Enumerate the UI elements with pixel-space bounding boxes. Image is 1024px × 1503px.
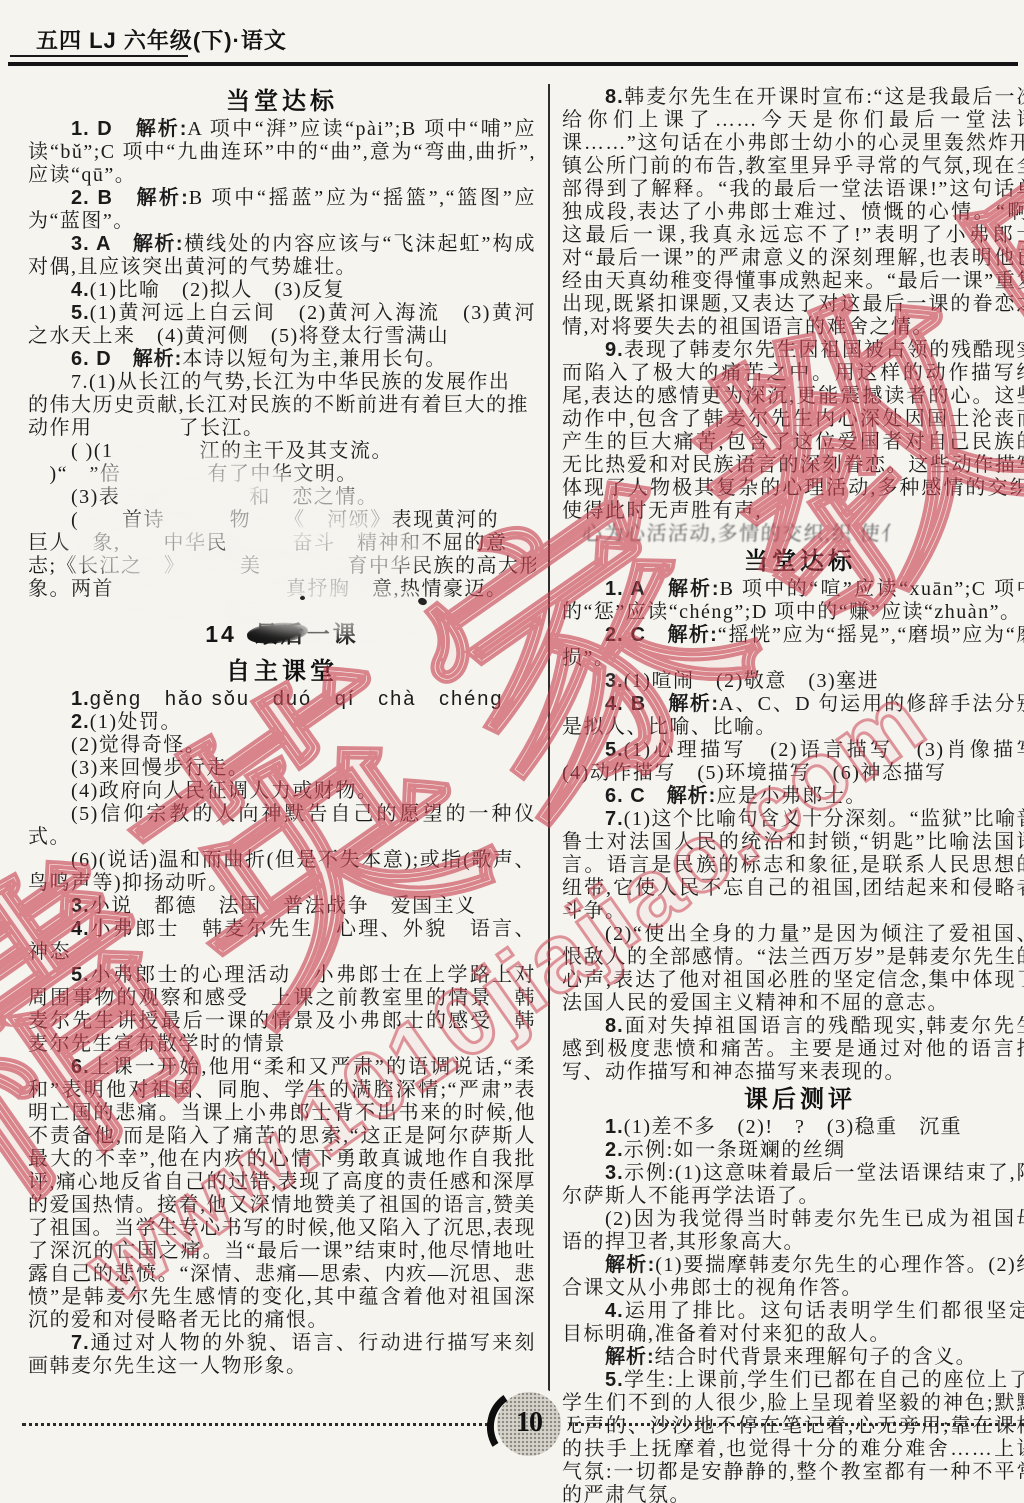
answer-lead: 1. A 解析: xyxy=(605,578,720,600)
textbook-page: 五四 LJ 六年级(下)·语文 当堂达标1. D 解析:A 项中“湃”应读“pà… xyxy=(0,0,1024,1503)
title-underline xyxy=(10,55,188,57)
answer-paragraph: 1.(1)差不多 (2)! ? (3)稳重 沉重 xyxy=(562,1116,1024,1139)
answer-paragraph: 6.上课一开始,他用“柔和又严肃”的语调说话,“柔和”表明他对祖国、同胞、学生的… xyxy=(28,1056,536,1332)
answer-paragraph: (2)觉得奇怪。 xyxy=(28,734,536,757)
answer-text: (3)来回慢步行走。 xyxy=(71,757,249,779)
answer-lead: 7. xyxy=(71,1332,90,1354)
chapter-title-smudged-text: 最后 xyxy=(255,623,307,646)
answer-paragraph: 5.(1)黄河远上白云间 (2)黄河入海流 (3)黄河之水天上来 (4)黄河侧 … xyxy=(28,302,536,348)
answer-paragraph: 2.(1)处罚。 xyxy=(28,711,536,734)
answer-paragraph: 6. C 解析:应是小弗郎士。 xyxy=(562,785,1024,808)
answer-lead: 6. xyxy=(71,1056,90,1078)
smudged-text-line: 志;《长江之 》 美 育中华民族的高大形 xyxy=(28,555,536,578)
answer-text: 小弗郎士 韩麦尔先生 心理、外貌 语言、神态 xyxy=(28,918,536,963)
answer-paragraph: (3)来回慢步行走。 xyxy=(28,757,536,780)
answer-text: 韩麦尔先生在开课时宣布:“这是我最后一次给你们上课了……今天是你们最后一堂法语课… xyxy=(562,86,1024,338)
answer-text: (6)(说话)温和而曲折(但是不失本意);或指(歌声、鸟鸣声等)抑扬动听。 xyxy=(28,849,536,894)
section-heading: 课后测评 xyxy=(562,1088,1024,1111)
smudged-text-line: ( 首诗 物 《 河颂》表现黄河的 xyxy=(28,509,536,532)
answer-lead: 7. xyxy=(605,808,624,830)
answer-lead: 2. B 解析: xyxy=(71,187,189,209)
answer-lead: 6. C 解析: xyxy=(605,785,716,807)
answer-lead: 5. xyxy=(71,964,90,986)
answer-paragraph: 解析:结合时代背景来理解句子的含义。 xyxy=(562,1346,1024,1369)
answer-text: 示例:(1)这意味着最后一堂法语课结束了,阿尔萨斯人不能再学法语了。 xyxy=(562,1162,1024,1207)
answer-paragraph: 解析:(1)要揣摩韩麦尔先生的心理作答。(2)结合课文从小弗郎士的视角作答。 xyxy=(562,1254,1024,1300)
smudged-text-line: 动作用 了长江。 xyxy=(28,417,536,440)
answer-paragraph: 8.韩麦尔先生在开课时宣布:“这是我最后一次给你们上课了……今天是你们最后一堂法… xyxy=(562,86,1024,339)
answer-lead: 5. xyxy=(605,1369,624,1391)
answer-paragraph: 3. A 解析:横线处的内容应该与“飞沫起虹”构成对偶,且应该突出黄河的气势雄壮… xyxy=(28,233,536,279)
answer-text: 通过对人物的外貌、语言、行动进行描写来刻画韩麦尔先生这一人物形象。 xyxy=(28,1332,536,1377)
header-rule xyxy=(8,62,1018,66)
answer-text: (4)政府向人民征调人力或财物。 xyxy=(71,780,378,802)
answer-text: (2)“使出全身的力量”是因为倾注了爱祖国、恨敌人的全部感情。“法兰西万岁”是韩… xyxy=(562,923,1024,1014)
answer-paragraph: 8.面对失掉祖国语言的残酷现实,韩麦尔先生感到极度悲愤和痛苦。主要是通过对他的语… xyxy=(562,1015,1024,1084)
answer-lead: 解析: xyxy=(605,1346,655,1368)
answer-paragraph: 9.表现了韩麦尔先生因祖国被占领的残酷现实而陷入了极大的痛苦之中。用这样的动作描… xyxy=(562,339,1024,523)
answer-paragraph: (2)“使出全身的力量”是因为倾注了爱祖国、恨敌人的全部感情。“法兰西万岁”是韩… xyxy=(562,923,1024,1015)
smudged-text-block: 7.(1)从长江的气势,长江为中华民族的发展作出的伟大历史贡献,长江对民族的不断… xyxy=(28,371,536,601)
answer-text: 上课一开始,他用“柔和又严肃”的语调说话,“柔和”表明他对祖国、同胞、学生的满腔… xyxy=(28,1056,536,1331)
smudged-text-line: 7.(1)从长江的气势,长江为中华民族的发展作出 xyxy=(28,371,536,394)
answer-paragraph: 5.小弗郎士的心理活动 小弗郎士在上学路上对周围事物的观察和感受 上课之前教室里… xyxy=(28,964,536,1056)
answer-paragraph: 3.小说 都德 法国 普法战争 爱国主义 xyxy=(28,895,536,918)
answer-paragraph: 6. D 解析:本诗以短句为主,兼用长句。 xyxy=(28,348,536,371)
right-column: 8.韩麦尔先生在开课时宣布:“这是我最后一次给你们上课了……今天是你们最后一堂法… xyxy=(562,86,1024,1503)
answer-paragraph: 3.示例:(1)这意味着最后一堂法语课结束了,阿尔萨斯人不能再学法语了。 xyxy=(562,1162,1024,1208)
answer-lead: 6. D 解析: xyxy=(71,348,182,370)
page-number-badge: 10 xyxy=(497,1392,561,1456)
book-title: 五四 LJ 六年级(下)·语文 xyxy=(36,24,287,55)
answer-paragraph: 4.(1)比喻 (2)拟人 (3)反复 xyxy=(28,279,536,302)
answer-lead: 解析: xyxy=(605,1254,655,1276)
answer-lead: 5. xyxy=(605,739,624,761)
answer-lead: 8. xyxy=(605,1015,624,1037)
ghost-print-line: 心为心活活动,多情的交织,织 使亻 xyxy=(561,523,1024,546)
answer-text: 小弗郎士的心理活动 小弗郎士在上学路上对周围事物的观察和感受 上课之前教室里的情… xyxy=(28,964,536,1055)
answer-text: 面对失掉祖国语言的残酷现实,韩麦尔先生感到极度悲愤和痛苦。主要是通过对他的语言描… xyxy=(562,1015,1024,1083)
chapter-title: 14最后一课 xyxy=(28,623,536,646)
answer-text: (1)黄河远上白云间 (2)黄河入海流 (3)黄河之水天上来 (4)黄河侧 (5… xyxy=(28,302,536,347)
answer-lead: 4. xyxy=(71,279,90,301)
section-heading: 当堂达标 xyxy=(28,90,536,113)
answer-paragraph: 4. B 解析:A、C、D 句运用的修辞手法分别是拟人、比喻、比喻。 xyxy=(562,693,1024,739)
ink-speck xyxy=(300,596,305,600)
answer-text: 应是小弗郎士。 xyxy=(716,785,867,807)
answer-paragraph: 7.通过对人物的外貌、语言、行动进行描写来刻画韩麦尔先生这一人物形象。 xyxy=(28,1332,536,1378)
answer-lead: 3. xyxy=(71,895,90,917)
answer-paragraph: 5.学生:上课前,学生们已都在自己的座位上了;学生们不到的人很少,脸上呈现着坚毅… xyxy=(562,1369,1024,1503)
answer-paragraph: 1. A 解析:B 项中的“喧”应读“xuān”;C 项中的“惩”应读“chén… xyxy=(562,578,1024,624)
answer-paragraph: 1. D 解析:A 项中“湃”应读“pài”;B 项中“哺”应读“bǔ”;C 项… xyxy=(28,118,536,187)
answer-text: (2)觉得奇怪。 xyxy=(71,734,206,756)
answer-paragraph: 4.小弗郎士 韩麦尔先生 心理、外貌 语言、神态 xyxy=(28,918,536,964)
answer-lead: 3. A 解析: xyxy=(71,233,184,255)
answer-text: (1)心理描写 (2)语言描写 (3)肖像描写 (4)动作描写 (5)环境描写 … xyxy=(562,739,1024,784)
answer-lead: 1. xyxy=(605,1116,624,1138)
answer-lead: 4. xyxy=(605,1300,624,1322)
answer-lead: 8. xyxy=(605,86,624,108)
answer-paragraph: 7.(1)这个比喻句含义十分深刻。“监狱”比喻普鲁士对法国人民的统治和封锁,“钥… xyxy=(562,808,1024,923)
chapter-number: 14 xyxy=(205,621,237,647)
answer-text: 运用了排比。这句话表明学生们都很坚定,目标明确,准备着对付来犯的敌人。 xyxy=(562,1300,1024,1345)
answer-lead: 4. xyxy=(71,918,90,940)
answer-text: (1)喧闹 (2)敬意 (3)塞进 xyxy=(624,670,879,692)
answer-paragraph: (4)政府向人民征调人力或财物。 xyxy=(28,780,536,803)
answer-text: (2)因为我觉得当时韩麦尔先生已成为祖国母语的捍卫者,其形象高大。 xyxy=(562,1208,1024,1253)
answer-lead: 2. xyxy=(605,1139,624,1161)
section-heading: 自主课堂 xyxy=(28,660,536,683)
answer-paragraph: (6)(说话)温和而曲折(但是不失本意);或指(歌声、鸟鸣声等)抑扬动听。 xyxy=(28,849,536,895)
answer-paragraph: 2. C 解析:“摇恍”应为“摇晃”,“磨埙”应为“磨损”。 xyxy=(562,624,1024,670)
answer-lead: 3. xyxy=(605,1162,624,1184)
answer-paragraph: (2)因为我觉得当时韩麦尔先生已成为祖国母语的捍卫者,其形象高大。 xyxy=(562,1208,1024,1254)
answer-lead: 4. B 解析: xyxy=(605,693,719,715)
answer-text: (1)这个比喻句含义十分深刻。“监狱”比喻普鲁士对法国人民的统治和封锁,“钥匙”… xyxy=(562,808,1024,922)
smudged-text-line: ( )(1 江的主干及其支流。 xyxy=(28,440,536,463)
answer-text: (1)比喻 (2)拟人 (3)反复 xyxy=(90,279,345,301)
answer-lead: 3. xyxy=(605,670,624,692)
answer-lead: 1. xyxy=(71,688,90,710)
answer-text: 结合时代背景来理解句子的含义。 xyxy=(655,1346,978,1368)
smudged-text-line: (3)表 和 恋之情。 xyxy=(28,486,536,509)
answer-text: 示例:如一条斑斓的丝绸 xyxy=(624,1139,846,1161)
smudged-text-line: 巨人 象, 中华民 奋斗 精神和不屈的意 xyxy=(28,532,536,555)
answer-paragraph: 3.(1)喧闹 (2)敬意 (3)塞进 xyxy=(562,670,1024,693)
smudged-text-line: 的伟大历史贡献,长江对民族的不断前进有着巨大的推 xyxy=(28,394,536,417)
answer-text: (5)信仰宗教的人向神默告自己的愿望的一种仪式。 xyxy=(28,803,536,848)
column-divider xyxy=(548,84,550,1402)
answer-text: (1)处罚。 xyxy=(90,711,182,733)
answer-text: 小说 都德 法国 普法战争 爱国主义 xyxy=(90,895,477,917)
left-column: 当堂达标1. D 解析:A 项中“湃”应读“pài”;B 项中“哺”应读“bǔ”… xyxy=(28,86,536,1378)
answer-lead: 5. xyxy=(71,302,90,324)
answer-text: (1)差不多 (2)! ? (3)稳重 沉重 xyxy=(624,1116,963,1138)
pinyin-answer-line: 1.gěng hǎo sǒu duó qí chà chéng xyxy=(28,688,536,711)
answer-paragraph: 2. B 解析:B 项中“摇蓝”应为“摇篮”,“篮图”应为“蓝图”。 xyxy=(28,187,536,233)
answer-lead: 2. xyxy=(71,711,90,733)
smudged-text-line: )“ ”倍 有了中华文明。 xyxy=(28,463,536,486)
answer-paragraph: (5)信仰宗教的人向神默告自己的愿望的一种仪式。 xyxy=(28,803,536,849)
answer-lead: 9. xyxy=(605,339,624,361)
answer-text: 学生:上课前,学生们已都在自己的座位上了;学生们不到的人很少,脸上呈现着坚毅的神… xyxy=(562,1369,1024,1503)
answer-text: 本诗以短句为主,兼用长句。 xyxy=(182,348,447,370)
answer-text: gěng hǎo sǒu duó qí chà chéng xyxy=(90,688,504,710)
section-heading: 当堂达标 xyxy=(562,550,1024,573)
answer-paragraph: 2.示例:如一条斑斓的丝绸 xyxy=(562,1139,1024,1162)
answer-lead: 1. D 解析: xyxy=(71,118,187,140)
answer-text: 表现了韩麦尔先生因祖国被占领的残酷现实而陷入了极大的痛苦之中。用这样的动作描写结… xyxy=(562,339,1024,522)
answer-paragraph: 4.运用了排比。这句话表明学生们都很坚定,目标明确,准备着对付来犯的敌人。 xyxy=(562,1300,1024,1346)
answer-paragraph: 5.(1)心理描写 (2)语言描写 (3)肖像描写 (4)动作描写 (5)环境描… xyxy=(562,739,1024,785)
chapter-title-text: 一课 xyxy=(307,622,359,647)
answer-lead: 2. C 解析: xyxy=(605,624,718,646)
smudged-text-line: 象。两首 真抒胸 意,热情豪迈。 xyxy=(28,578,536,601)
